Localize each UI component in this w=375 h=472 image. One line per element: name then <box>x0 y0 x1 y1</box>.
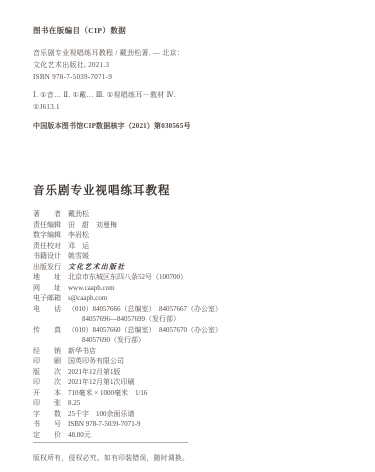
cip-title-statement: 音乐剧专业视唱练耳教程 / 戴劲松著. — 北京： <box>33 47 355 59</box>
colophon-value: ISBN 978-7-5039-7071-9 <box>68 420 141 428</box>
colophon: 著 者戴劲松责任编辑田 甜 刘曼梅数字编辑李岩松责任校对邓 运书籍设计姚雪媛出版… <box>33 209 355 440</box>
cip-isbn: ISBN 978-7-5039-7071-9 <box>33 71 355 83</box>
colophon-value: 李岩松 <box>68 231 89 239</box>
publisher-logotype: 文化艺术出版社 <box>68 263 125 271</box>
colophon-label: 出版发行 <box>33 262 61 273</box>
colophon-label: 版 次 <box>33 367 61 378</box>
cip-publisher-statement: 文化艺术出版社, 2021.3 <box>33 59 355 71</box>
colophon-label: 电子邮箱 <box>33 293 61 304</box>
cip-header: 图书在版编目（CIP）数据 <box>33 25 355 36</box>
colophon-row: 责任编辑田 甜 刘曼梅 <box>33 220 355 231</box>
colophon-label: 字 数 <box>33 409 61 420</box>
cip-classification-line: Ⅰ. ①音… Ⅱ. ①戴… Ⅲ. ①视唱练耳－教材 Ⅳ. <box>33 90 355 102</box>
colophon-label: 经 销 <box>33 346 61 357</box>
colophon-value-continued: 84057696—84057699（发行部） <box>33 314 355 325</box>
colophon-label: 责任编辑 <box>33 220 61 231</box>
divider-rule <box>33 442 188 443</box>
colophon-label: 地 址 <box>33 272 61 283</box>
colophon-value: 戴劲松 <box>68 210 89 218</box>
colophon-value: 8.25 <box>68 399 80 407</box>
colophon-label: 定 价 <box>33 430 61 441</box>
colophon-value: 2021年12月第1版 <box>68 368 121 376</box>
colophon-label: 印 刷 <box>33 356 61 367</box>
colophon-value: 2021年12月第1次印刷 <box>68 378 135 386</box>
colophon-value-continued: 84057690（发行部） <box>33 335 355 346</box>
colophon-row: 电子邮箱s@caaph.com <box>33 293 355 304</box>
colophon-label: 开 本 <box>33 388 61 399</box>
colophon-label: 网 址 <box>33 283 61 294</box>
colophon-row: 经 销新华书店 <box>33 346 355 357</box>
book-title: 音乐剧专业视唱练耳教程 <box>33 182 355 198</box>
copyright-page: 图书在版编目（CIP）数据 音乐剧专业视唱练耳教程 / 戴劲松著. — 北京： … <box>0 0 375 472</box>
colophon-value: 新华书店 <box>68 347 96 355</box>
colophon-label: 印 次 <box>33 377 61 388</box>
colophon-label: 责任校对 <box>33 241 61 252</box>
colophon-row: 字 数25千字 100余面乐谱 <box>33 409 355 420</box>
colophon-label: 印 张 <box>33 398 61 409</box>
colophon-row: 定 价48.00元 <box>33 430 355 441</box>
colophon-label: 数字编辑 <box>33 230 61 241</box>
colophon-value: 国英印务有限公司 <box>68 357 124 365</box>
colophon-row: 出版发行文化艺术出版社 <box>33 262 355 273</box>
colophon-label: 书籍设计 <box>33 251 61 262</box>
colophon-row: 版 次2021年12月第1版 <box>33 367 355 378</box>
colophon-row: 传 真（010）84057660（总编室） 84057670（办公室） <box>33 325 355 336</box>
colophon-label: 传 真 <box>33 325 61 336</box>
colophon-value: 48.00元 <box>68 431 91 439</box>
colophon-value: 25千字 100余面乐谱 <box>68 410 135 418</box>
colophon-label: 电 话 <box>33 304 61 315</box>
copyright-note: 版权所有，侵权必究。如有印装错误，随时调换。 <box>33 452 355 462</box>
colophon-value: （010）84057660（总编室） 84057670（办公室） <box>68 326 222 334</box>
colophon-value: s@caaph.com <box>68 294 107 302</box>
colophon-value: 邓 运 <box>68 242 89 250</box>
colophon-value: 710毫米 × 1000毫米 1/16 <box>68 389 147 397</box>
colophon-row: 书籍设计姚雪媛 <box>33 251 355 262</box>
colophon-row: 印 刷国英印务有限公司 <box>33 356 355 367</box>
colophon-row: 书 号ISBN 978-7-5039-7071-9 <box>33 419 355 430</box>
colophon-row: 数字编辑李岩松 <box>33 230 355 241</box>
colophon-row: 印 张8.25 <box>33 398 355 409</box>
colophon-value: 姚雪媛 <box>68 252 89 260</box>
colophon-row: 责任校对邓 运 <box>33 241 355 252</box>
colophon-value: 北京市东城区东四八条52号（100700） <box>68 273 187 281</box>
cip-record-number: 中国版本图书馆CIP数据核字（2021）第030565号 <box>33 121 355 131</box>
colophon-row: 网 址www.caaph.com <box>33 283 355 294</box>
colophon-row: 著 者戴劲松 <box>33 209 355 220</box>
colophon-row: 印 次2021年12月第1次印刷 <box>33 377 355 388</box>
cip-description-block: 音乐剧专业视唱练耳教程 / 戴劲松著. — 北京： 文化艺术出版社, 2021.… <box>33 47 355 83</box>
colophon-row: 开 本710毫米 × 1000毫米 1/16 <box>33 388 355 399</box>
cip-classification-code: ①J613.1 <box>33 102 355 114</box>
cip-classification-block: Ⅰ. ①音… Ⅱ. ①戴… Ⅲ. ①视唱练耳－教材 Ⅳ. ①J613.1 <box>33 90 355 113</box>
colophon-label: 书 号 <box>33 419 61 430</box>
colophon-row: 地 址北京市东城区东四八条52号（100700） <box>33 272 355 283</box>
colophon-value: 田 甜 刘曼梅 <box>68 221 117 229</box>
colophon-value: www.caaph.com <box>68 284 115 292</box>
colophon-row: 电 话（010）84057666（总编室） 84057667（办公室） <box>33 304 355 315</box>
colophon-value: （010）84057666（总编室） 84057667（办公室） <box>68 305 222 313</box>
colophon-label: 著 者 <box>33 209 61 220</box>
